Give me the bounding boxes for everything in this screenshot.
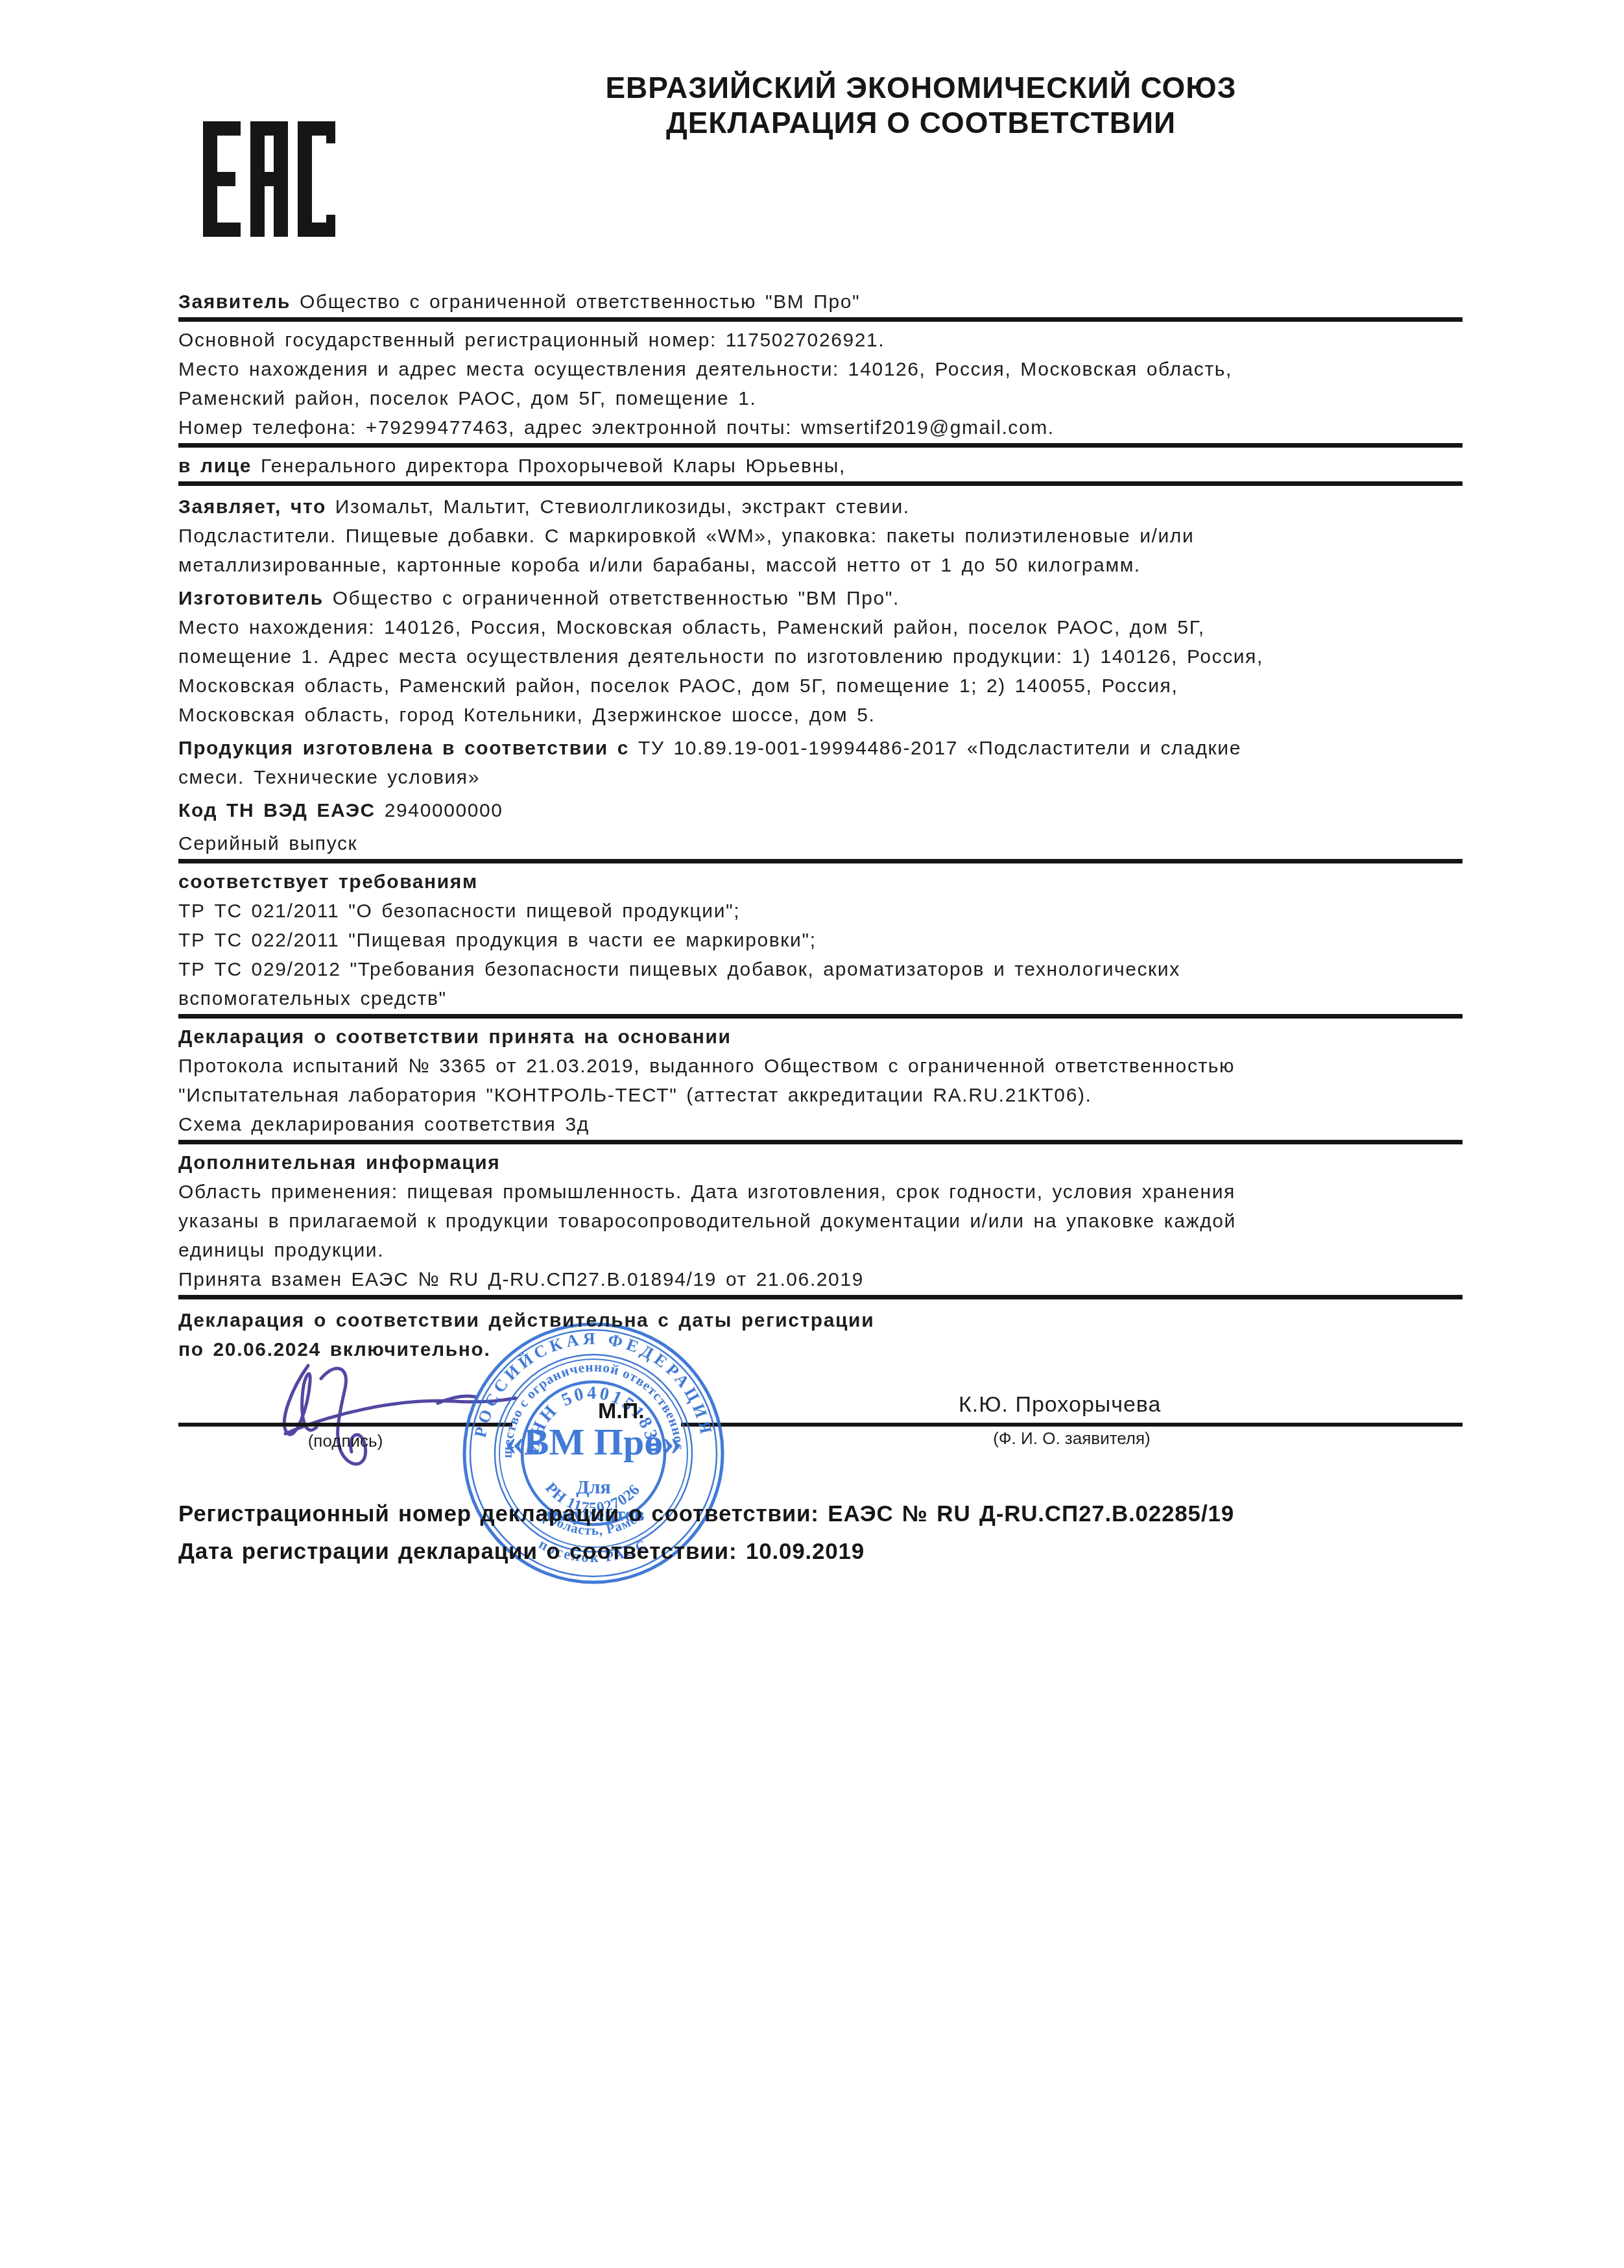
section-underline (178, 859, 1463, 863)
text-line: Декларация о соответствии принята на осн… (178, 1022, 1463, 1052)
text-line: ТР ТС 022/2011 "Пищевая продукция в част… (178, 926, 1463, 955)
text-line: Место нахождения и адрес места осуществл… (178, 355, 1463, 384)
text-line: ТР ТС 029/2012 "Требования безопасности … (178, 955, 1463, 984)
text-line: Основной государственный регистрационный… (178, 326, 1463, 355)
text-line: Заявитель Общество с ограниченной ответс… (178, 287, 1463, 317)
text-line: Область применения: пищевая промышленнос… (178, 1177, 1463, 1207)
text-line: металлизированные, картонные короба и/ил… (178, 551, 1463, 580)
text-line: единицы продукции. (178, 1236, 1463, 1265)
text-line: Место нахождения: 140126, Россия, Москов… (178, 613, 1463, 642)
section-underline (178, 317, 1463, 322)
section-underline (178, 1014, 1463, 1019)
fio-caption: (Ф. И. О. заявителя) (681, 1429, 1463, 1449)
registration-footer: Регистрационный номер декларации о соотв… (178, 1499, 1540, 1567)
section-underline (178, 443, 1463, 448)
text-line: смеси. Технические условия» (178, 763, 1463, 792)
title-line-declaration: ДЕКЛАРАЦИЯ О СООТВЕТСТВИИ (363, 105, 1479, 140)
section-kod-tn-ved: Код ТН ВЭД ЕАЭС 2940000000 (178, 796, 1463, 825)
stamp-purpose-line1: Для (576, 1477, 611, 1498)
section-zayavitel: Заявитель Общество с ограниченной ответс… (178, 287, 1463, 322)
text-line: "Испытательная лаборатория "КОНТРОЛЬ-ТЕС… (178, 1081, 1463, 1110)
registration-number-line: Регистрационный номер декларации о соотв… (178, 1499, 1540, 1529)
text-line: в лице Генерального директора Прохорычев… (178, 452, 1463, 481)
document-title: ЕВРАЗИЙСКИЙ ЭКОНОМИЧЕСКИЙ СОЮЗ ДЕКЛАРАЦИ… (363, 70, 1479, 140)
text-line: Номер телефона: +79299477463, адрес элек… (178, 413, 1463, 442)
section-underline (178, 1140, 1463, 1144)
name-line (681, 1423, 1463, 1427)
text-line: Серийный выпуск (178, 829, 1463, 858)
section-validity: Декларация о соответствии действительна … (178, 1306, 1463, 1364)
text-line: соответствует требованиям (178, 867, 1463, 897)
text-line: Принята взамен ЕАЭС № RU Д-RU.СП27.В.018… (178, 1265, 1463, 1294)
section-osnovanie: Декларация о соответствии принята на осн… (178, 1022, 1463, 1144)
text-line: по 20.06.2024 включительно. (178, 1335, 1463, 1364)
text-line: Декларация о соответствии действительна … (178, 1306, 1463, 1335)
section-izgotovitel: Изготовитель Общество с ограниченной отв… (178, 584, 1463, 730)
section-seriynyy-vypusk: Серийный выпуск (178, 829, 1463, 863)
text-line: Протокола испытаний № 3365 от 21.03.2019… (178, 1052, 1463, 1081)
declaration-body: Заявитель Общество с ограниченной ответс… (178, 287, 1463, 1364)
scanned-declaration-page: { "page": { "background": "#ffffff", "in… (0, 0, 1624, 2268)
text-line: указаны в прилагаемой к продукции товаро… (178, 1207, 1463, 1236)
text-line: Московская область, город Котельники, Дз… (178, 701, 1463, 730)
text-line: Схема декларирования соответствия 3д (178, 1110, 1463, 1139)
text-line: Изготовитель Общество с ограниченной отв… (178, 584, 1463, 613)
stamp-company-name: «ВМ Про» (505, 1421, 682, 1463)
section-underline (178, 1295, 1463, 1299)
text-line: вспомогательных средств" (178, 984, 1463, 1013)
section-zayavlyaet: Заявляет, что Изомальт, Мальтит, Стевиол… (178, 492, 1463, 580)
text-line: помещение 1. Адрес места осуществления д… (178, 642, 1463, 671)
text-line: Раменский район, поселок РАОС, дом 5Г, п… (178, 384, 1463, 413)
text-line: Код ТН ВЭД ЕАЭС 2940000000 (178, 796, 1463, 825)
text-line: Продукция изготовлена в соответствии с Т… (178, 734, 1463, 763)
section-org-info: Основной государственный регистрационный… (178, 326, 1463, 448)
text-line: ТР ТС 021/2011 "О безопасности пищевой п… (178, 897, 1463, 926)
text-line: Заявляет, что Изомальт, Мальтит, Стевиол… (178, 492, 1463, 522)
registration-date-line: Дата регистрации декларации о соответств… (178, 1536, 1540, 1567)
section-sootvetstvuet: соответствует требованиямТР ТС 021/2011 … (178, 867, 1463, 1019)
signer-name: К.Ю. Прохорычева (959, 1392, 1161, 1417)
eac-mark-icon (203, 121, 335, 237)
text-line: Московская область, Раменский район, пос… (178, 671, 1463, 701)
title-line-union: ЕВРАЗИЙСКИЙ ЭКОНОМИЧЕСКИЙ СОЮЗ (363, 70, 1479, 105)
section-dop-informaciya: Дополнительная информацияОбласть примене… (178, 1148, 1463, 1299)
signature-caption: (подпись) (178, 1431, 512, 1451)
section-v-litse: в лице Генерального директора Прохорычев… (178, 452, 1463, 486)
section-underline (178, 481, 1463, 486)
stamp-place-label: М.П. (598, 1399, 645, 1424)
text-line: Подсластители. Пищевые добавки. С маркир… (178, 522, 1463, 551)
section-produkciya: Продукция изготовлена в соответствии с Т… (178, 734, 1463, 792)
text-line: Дополнительная информация (178, 1148, 1463, 1177)
